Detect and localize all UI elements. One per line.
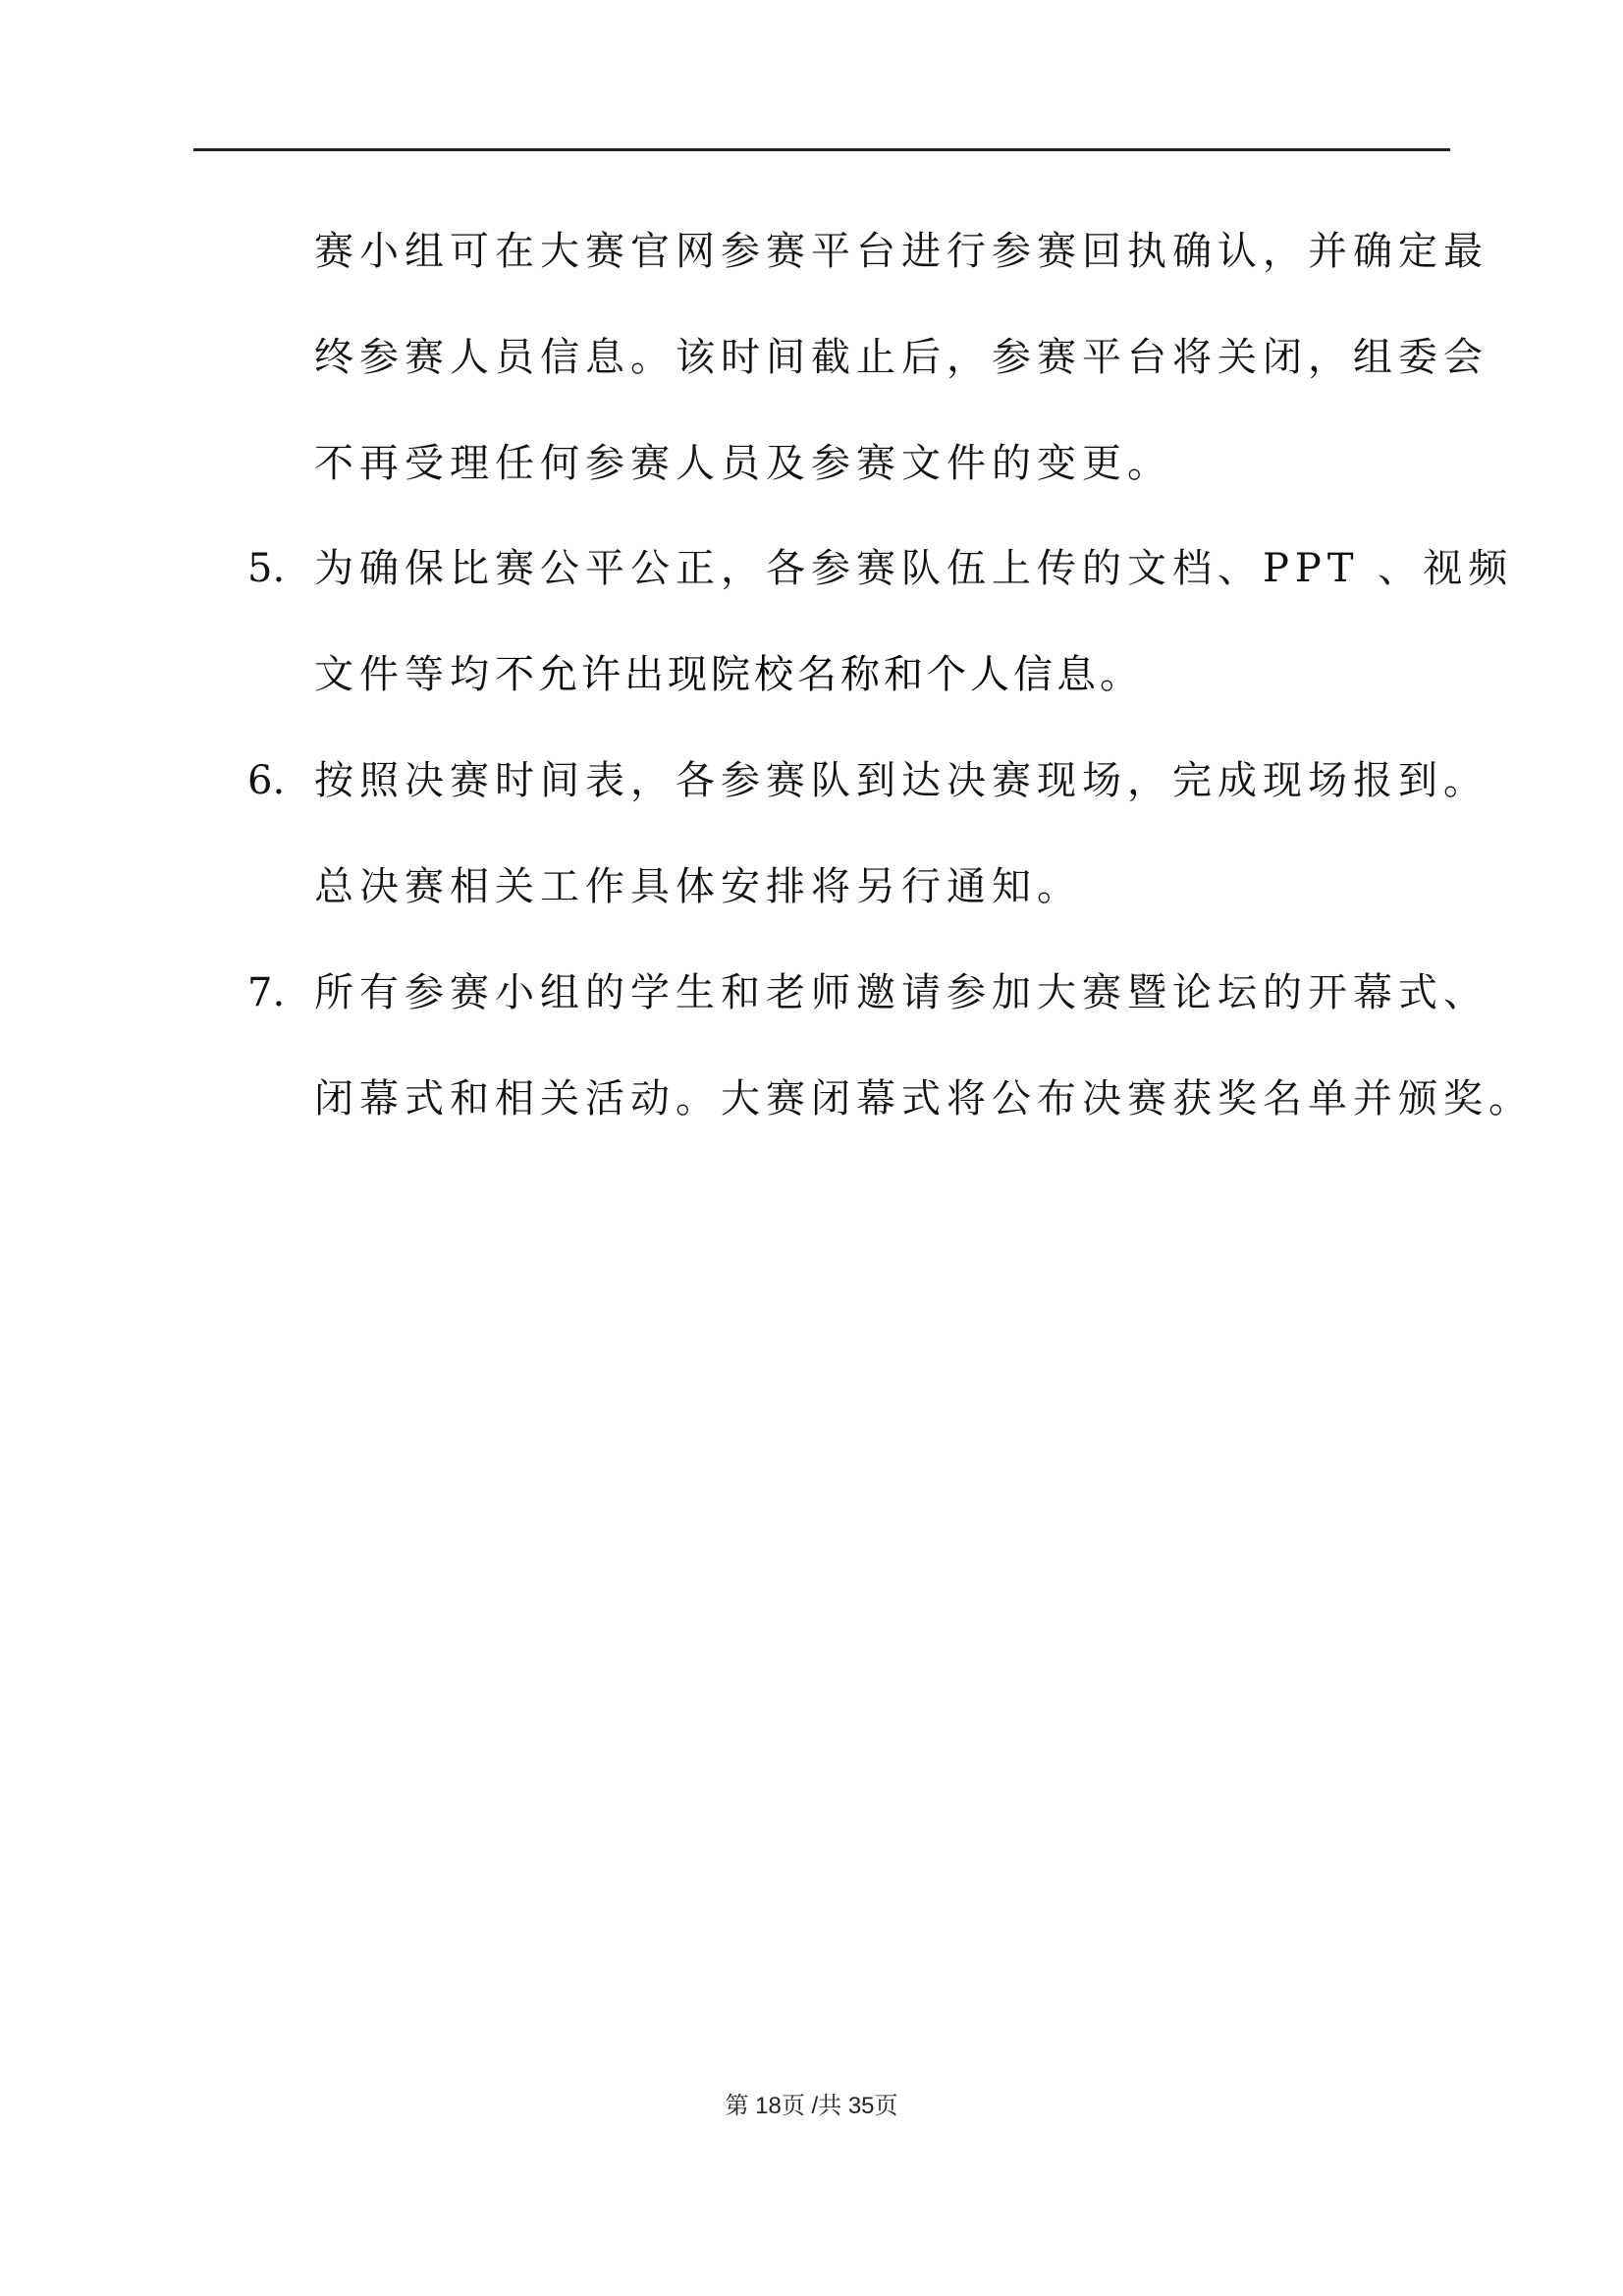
text-line: 为确保比赛公平公正，各参赛队伍上传的文档、PPT 、视频 [314,545,1513,592]
text-line: 文件等均不允许出现院校名称和个人信息。 [314,651,1145,698]
emphasized-text: 不允许出现院校名称和个人信息 [495,652,1100,697]
text-line: 总决赛相关工作具体安排将另行通知。 [314,863,1082,910]
list-number: 7. [247,969,285,1016]
text-segment: 。 [1100,652,1145,697]
text-line: 所有参赛小组的学生和老师邀请参加大赛暨论坛的开幕式、 [314,969,1488,1016]
text-line: 按照决赛时间表，各参赛队到达决赛现场，完成现场报到。 [314,757,1488,804]
list-number: 5. [247,545,285,592]
header-rule [193,148,1450,151]
text-line: 不再受理任何参赛人员及参赛文件的变更。 [314,440,1172,487]
page-number-footer: 第 18页 /共 35页 [0,2086,1623,2120]
list-number: 6. [247,757,285,804]
text-line: 闭幕式和相关活动。大赛闭幕式将公布决赛获奖名单并颁奖。 [314,1075,1534,1122]
text-line: 赛小组可在大赛官网参赛平台进行参赛回执确认，并确定最 [314,228,1488,275]
text-line: 终参赛人员信息。该时间截止后，参赛平台将关闭，组委会 [314,334,1488,381]
text-segment: 文件等均 [314,652,495,697]
